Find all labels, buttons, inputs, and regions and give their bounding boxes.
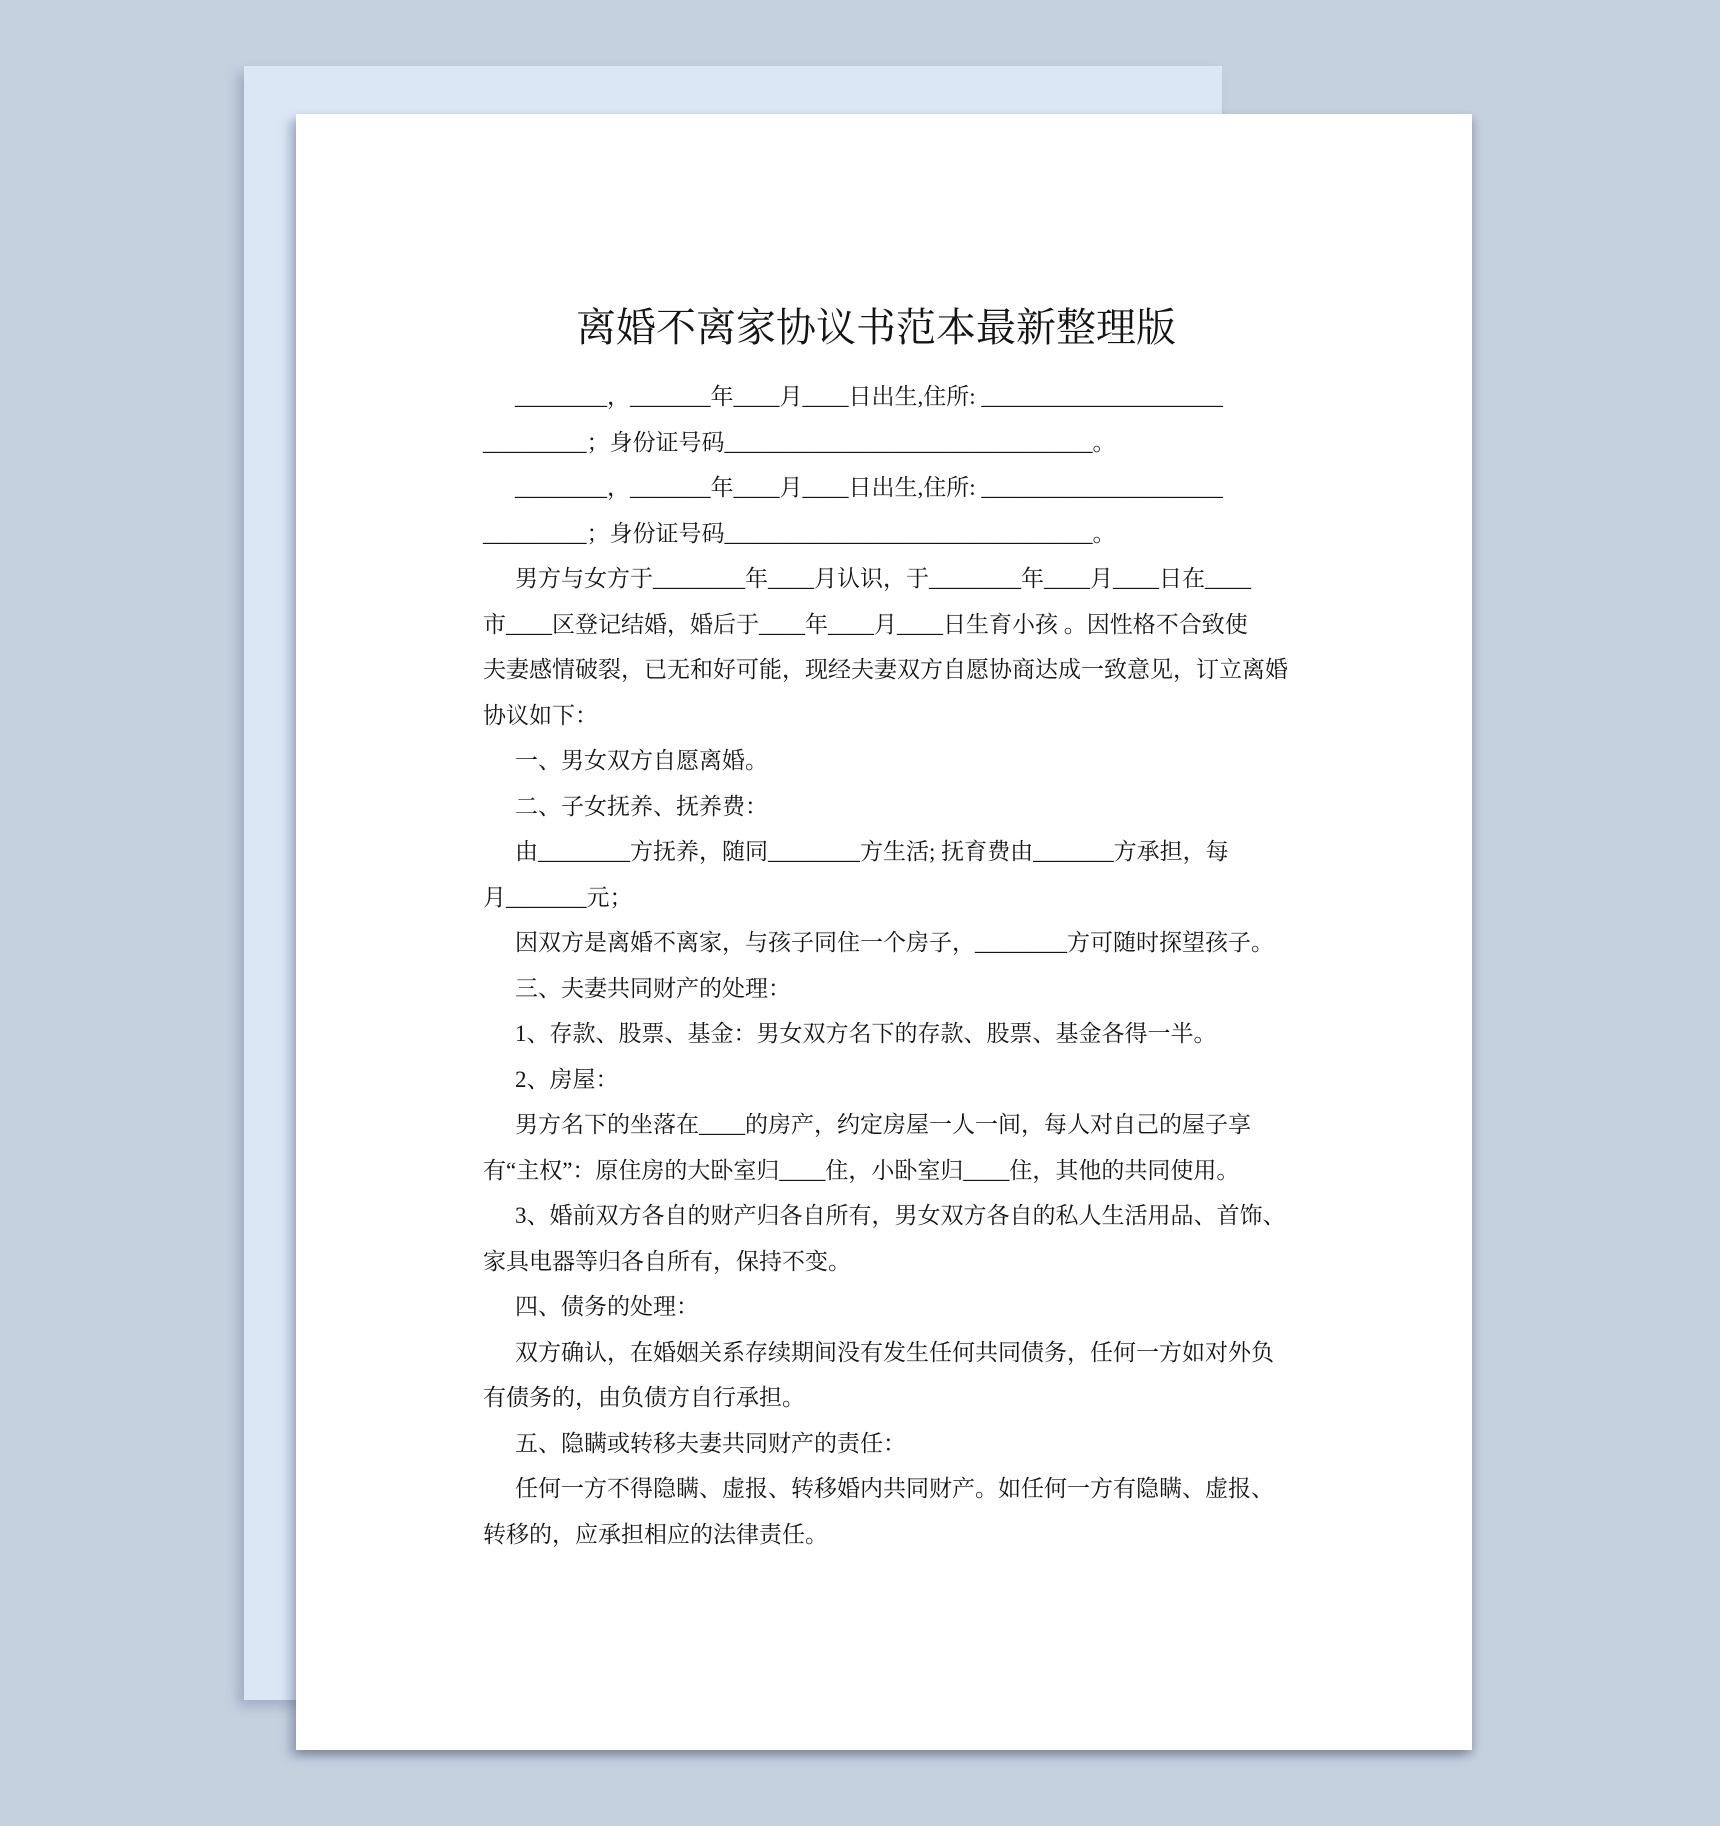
doc-line: 由________方抚养，随同________方生活; 抚育费由_______方… xyxy=(483,829,1283,875)
doc-line: 任何一方不得隐瞒、虚报、转移婚内共同财产。如任何一方有隐瞒、虚报、 xyxy=(483,1466,1283,1512)
doc-line: 五、隐瞒或转移夫妻共同财产的责任： xyxy=(483,1421,1283,1467)
doc-line: 夫妻感情破裂，已无和好可能，现经夫妻双方自愿协商达成一致意见，订立离婚 xyxy=(483,647,1283,693)
doc-line: 三、夫妻共同财产的处理： xyxy=(483,966,1283,1012)
document-page: 离婚不离家协议书范本最新整理版 ________，_______年____月__… xyxy=(296,114,1472,1750)
doc-line: 双方确认，在婚姻关系存续期间没有发生任何共同债务，任何一方如对外负 xyxy=(483,1330,1283,1376)
document-title: 离婚不离家协议书范本最新整理版 xyxy=(483,305,1269,351)
doc-line: 男方名下的坐落在____的房产，约定房屋一人一间，每人对自己的屋子享 xyxy=(483,1102,1283,1148)
doc-line: 男方与女方于________年____月认识，于________年____月__… xyxy=(483,556,1283,602)
doc-line: 家具电器等归各自所有，保持不变。 xyxy=(483,1239,1283,1285)
doc-line: 市____区登记结婚，婚后于____年____月____日生育小孩 。因性格不合… xyxy=(483,602,1283,648)
doc-line: 有“主权”：原住房的大卧室归____住，小卧室归____住，其他的共同使用。 xyxy=(483,1148,1283,1194)
doc-line: 因双方是离婚不离家，与孩子同住一个房子，________方可随时探望孩子。 xyxy=(483,920,1283,966)
doc-line: 四、债务的处理： xyxy=(483,1284,1283,1330)
doc-line: 2、房屋： xyxy=(483,1057,1283,1103)
doc-line: _________；身份证号码_________________________… xyxy=(483,420,1283,466)
doc-line: 1、存款、股票、基金：男女双方名下的存款、股票、基金各得一半。 xyxy=(483,1011,1283,1057)
doc-line: 转移的，应承担相应的法律责任。 xyxy=(483,1512,1283,1558)
doc-line: 有债务的，由负债方自行承担。 xyxy=(483,1375,1283,1421)
doc-line: 一、男女双方自愿离婚。 xyxy=(483,738,1283,784)
doc-line: _________；身份证号码_________________________… xyxy=(483,511,1283,557)
doc-line: 月_______元； xyxy=(483,875,1283,921)
doc-line: 3、婚前双方各自的财产归各自所有，男女双方各自的私人生活用品、首饰、 xyxy=(483,1193,1283,1239)
doc-line: ________，_______年____月____日出生,住所: ______… xyxy=(483,374,1283,420)
document-body: ________，_______年____月____日出生,住所: ______… xyxy=(483,374,1283,1557)
doc-line: ________，_______年____月____日出生,住所: ______… xyxy=(483,465,1283,511)
page-background: { "colors": { "bg": "#c6d1e0", "backpage… xyxy=(0,0,1720,1826)
doc-line: 协议如下： xyxy=(483,693,1283,739)
doc-line: 二、子女抚养、抚养费： xyxy=(483,784,1283,830)
